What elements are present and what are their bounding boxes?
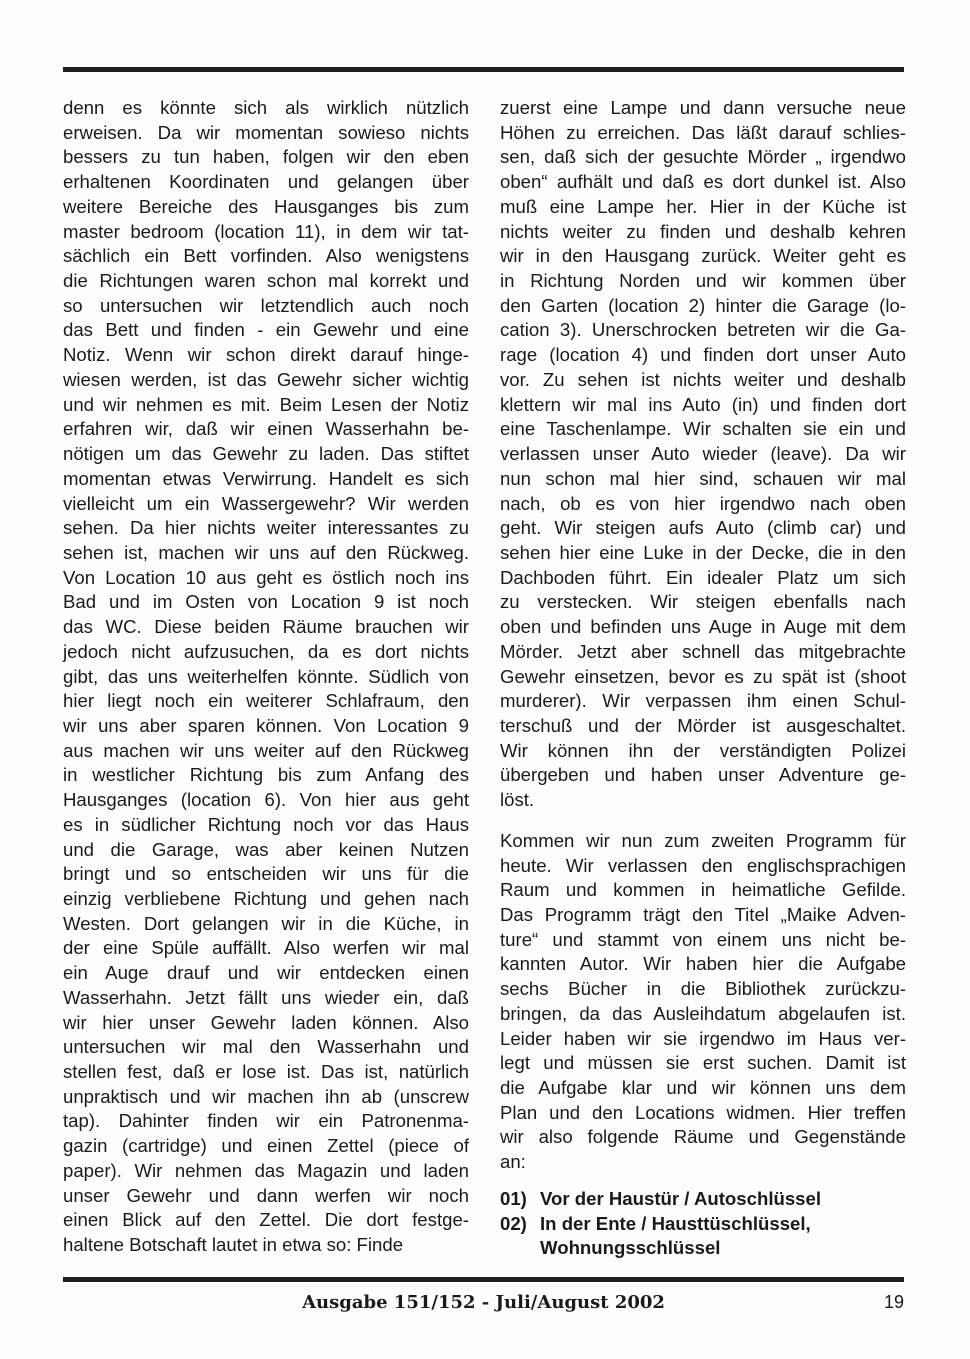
text-line: erhaltenen Koordinaten und gelangen über <box>63 170 469 195</box>
text-line: es in südlicher Richtung noch vor das Ha… <box>63 813 469 838</box>
text-line: sen, daß sich der gesuchte Mörder „ irge… <box>500 145 906 170</box>
right-column: zuerst eine Lampe und dann versuche neue… <box>500 96 906 1261</box>
text-line: übergeben und haben unser Adventure ge- <box>500 763 906 788</box>
text-line: vielleicht um ein Wassergewehr? Wir werd… <box>63 492 469 517</box>
text-line: tap). Dahinter finden wir ein Patronenma… <box>63 1109 469 1134</box>
text-line: löst. <box>500 788 906 813</box>
text-line: wir in den Hausgang zurück. Weiter geht … <box>500 244 906 269</box>
text-line: heute. Wir verlassen den englischsprachi… <box>500 854 906 879</box>
text-line: Von Location 10 aus geht es östlich noch… <box>63 566 469 591</box>
bottom-rule <box>63 1277 904 1282</box>
text-line: vor. Zu sehen ist nichts weiter und desh… <box>500 368 906 393</box>
text-line: weitere Bereiche des Hausganges bis zum <box>63 195 469 220</box>
text-line: murderer). Wir verpassen ihm einen Schul… <box>500 689 906 714</box>
text-line: Das Programm trägt den Titel „Maike Adve… <box>500 903 906 928</box>
locations-list: 01)Vor der Haustür / Autoschlüssel02)In … <box>500 1187 906 1261</box>
text-line: ture“ und stammt von einem uns nicht be- <box>500 928 906 953</box>
location-item: 02)In der Ente / Hausttüschlüssel, <box>500 1212 906 1237</box>
text-line: gazin (cartridge) und einen Zettel (piec… <box>63 1134 469 1159</box>
text-line: aus machen wir uns weiter auf den Rückwe… <box>63 739 469 764</box>
text-line: wir uns aber sparen können. Von Location… <box>63 714 469 739</box>
text-line: das Bett und finden - ein Gewehr und ein… <box>63 318 469 343</box>
text-line: Wir können ihn der verständigten Polizei <box>500 739 906 764</box>
location-text-continuation: Wohnungsschlüssel <box>500 1236 906 1261</box>
text-line: sehen ist, machen wir uns auf den Rückwe… <box>63 541 469 566</box>
text-line: haltene Botschaft lautet in etwa so: Fin… <box>63 1233 469 1258</box>
text-line: verlassen unser Auto wieder (leave). Da … <box>500 442 906 467</box>
text-line: nichts weiter zu finden und deshalb kehr… <box>500 220 906 245</box>
text-line: bessers zu tun haben, folgen wir den ebe… <box>63 145 469 170</box>
text-line: Raum und kommen in heimatliche Gefilde. <box>500 878 906 903</box>
text-line: nun schon mal hier sind, schauen wir mal <box>500 467 906 492</box>
text-line: oben“ aufhält und daß es dort dunkel ist… <box>500 170 906 195</box>
text-line: Westen. Dort gelangen wir in die Küche, … <box>63 912 469 937</box>
text-line: cation 3). Unerschrocken betreten wir di… <box>500 318 906 343</box>
text-line: Mörder. Jetzt aber schnell das mitgebrac… <box>500 640 906 665</box>
text-line: bringt und so entscheiden wir uns für di… <box>63 862 469 887</box>
text-line: wiesen werden, ist das Gewehr sicher wic… <box>63 368 469 393</box>
text-line: an: <box>500 1150 906 1175</box>
text-line: einen Blick auf den Zettel. Die dort fes… <box>63 1208 469 1233</box>
text-line: sechs Bücher in die Bibliothek zurückzu- <box>500 977 906 1002</box>
paragraph-maike-adventure: Kommen wir nun zum zweiten Programm fürh… <box>500 829 906 1175</box>
location-number: 01) <box>500 1187 540 1212</box>
text-line: in Richtung Norden und wir kommen über <box>500 269 906 294</box>
text-line: sehen. Da hier nichts weiter interessant… <box>63 516 469 541</box>
location-text: In der Ente / Hausttüschlüssel, <box>540 1212 811 1237</box>
text-line: Wasserhahn. Jetzt fällt uns wieder ein, … <box>63 986 469 1011</box>
text-line: muß eine Lampe her. Hier in der Küche is… <box>500 195 906 220</box>
issue-label: Ausgabe 151/152 - Juli/August 2002 <box>63 1292 904 1313</box>
text-line: paper). Wir nehmen das Magazin und laden <box>63 1159 469 1184</box>
text-line: nach, ob es von hier irgendwo nach oben <box>500 492 906 517</box>
text-line: die Richtungen waren schon mal korrekt u… <box>63 269 469 294</box>
text-line: Höhen zu erreichen. Das läßt darauf schl… <box>500 121 906 146</box>
text-line: unser Gewehr und dann werfen wir noch <box>63 1184 469 1209</box>
text-line: master bedroom (location 11), in dem wir… <box>63 220 469 245</box>
text-line: in westlicher Richtung bis zum Anfang de… <box>63 763 469 788</box>
text-line: sächlich ein Bett vorfinden. Also wenigs… <box>63 244 469 269</box>
text-line: unpraktisch und wir machen ihn ab (unscr… <box>63 1085 469 1110</box>
text-line: Plan und den Locations widmen. Hier tref… <box>500 1101 906 1126</box>
location-item: 01)Vor der Haustür / Autoschlüssel <box>500 1187 906 1212</box>
text-line: Dachboden führt. Ein idealer Platz um si… <box>500 566 906 591</box>
text-line: momentan etwas Verwirrung. Handelt es si… <box>63 467 469 492</box>
text-line: zu verstecken. Wir steigen ebenfalls nac… <box>500 590 906 615</box>
text-line: jedoch nicht aufzusuchen, da es dort nic… <box>63 640 469 665</box>
text-line: den Garten (location 2) hinter die Garag… <box>500 294 906 319</box>
text-line: einzig verbliebene Richtung und gehen na… <box>63 887 469 912</box>
text-line: Kommen wir nun zum zweiten Programm für <box>500 829 906 854</box>
text-line: wir also folgende Räume und Gegenstände <box>500 1125 906 1150</box>
paragraph-murder-solution: zuerst eine Lampe und dann versuche neue… <box>500 96 906 813</box>
text-line: klettern wir mal ins Auto (in) und finde… <box>500 393 906 418</box>
text-line: legt und müssen sie erst suchen. Damit i… <box>500 1051 906 1076</box>
text-line: oben und befinden uns Auge in Auge mit d… <box>500 615 906 640</box>
paragraph-gap <box>500 813 906 829</box>
text-line: eine Taschenlampe. Wir schalten sie ein … <box>500 417 906 442</box>
text-line: Bad und im Osten von Location 9 ist noch <box>63 590 469 615</box>
top-rule <box>63 67 904 72</box>
text-line: stellen fest, daß er lose ist. Das ist, … <box>63 1060 469 1085</box>
text-line: Notiz. Wenn wir schon direkt darauf hing… <box>63 343 469 368</box>
text-line: der eine Spüle auffällt. Also werfen wir… <box>63 936 469 961</box>
text-line: und die Garage, was aber keinen Nutzen <box>63 838 469 863</box>
text-line: Gewehr einsetzen, bevor es zu spät ist (… <box>500 665 906 690</box>
text-line: sehen hier eine Luke in der Decke, die i… <box>500 541 906 566</box>
text-line: Hausganges (location 6). Von hier aus ge… <box>63 788 469 813</box>
text-line: so untersuchen wir letztendlich auch noc… <box>63 294 469 319</box>
text-line: nötigen um das Gewehr zu laden. Das stif… <box>63 442 469 467</box>
text-line: gibt, das uns weiterhelfen könnte. Südli… <box>63 665 469 690</box>
page-footer: Ausgabe 151/152 - Juli/August 2002 19 <box>63 1292 904 1322</box>
text-line: die Aufgabe klar und wir können uns dem <box>500 1076 906 1101</box>
page-number: 19 <box>884 1292 904 1313</box>
text-line: zuerst eine Lampe und dann versuche neue <box>500 96 906 121</box>
left-column: denn es könnte sich als wirklich nützlic… <box>63 96 469 1258</box>
text-line: wir hier unser Gewehr laden können. Also <box>63 1011 469 1036</box>
text-line: terschuß und der Mörder ist ausgeschalte… <box>500 714 906 739</box>
text-line: untersuchen wir mal den Wasserhahn und <box>63 1035 469 1060</box>
text-line: Leider haben wir sie irgendwo im Haus ve… <box>500 1027 906 1052</box>
text-line: und wir nehmen es mit. Beim Lesen der No… <box>63 393 469 418</box>
text-line: rage (location 4) und finden dort unser … <box>500 343 906 368</box>
location-text: Vor der Haustür / Autoschlüssel <box>540 1187 821 1212</box>
text-line: ein Auge drauf und wir entdecken einen <box>63 961 469 986</box>
text-line: hier liegt noch ein weiterer Schlafraum,… <box>63 689 469 714</box>
text-line: bringen, da das Ausleihdatum abgelaufen … <box>500 1002 906 1027</box>
text-line: denn es könnte sich als wirklich nützlic… <box>63 96 469 121</box>
text-line: erweisen. Da wir momentan sowieso nichts <box>63 121 469 146</box>
text-line: erfahren wir, daß wir einen Wasserhahn b… <box>63 417 469 442</box>
location-number: 02) <box>500 1212 540 1237</box>
text-line: das WC. Diese beiden Räume brauchen wir <box>63 615 469 640</box>
text-line: kannten Autor. Wir haben hier die Aufgab… <box>500 952 906 977</box>
text-line: geht. Wir steigen aufs Auto (climb car) … <box>500 516 906 541</box>
